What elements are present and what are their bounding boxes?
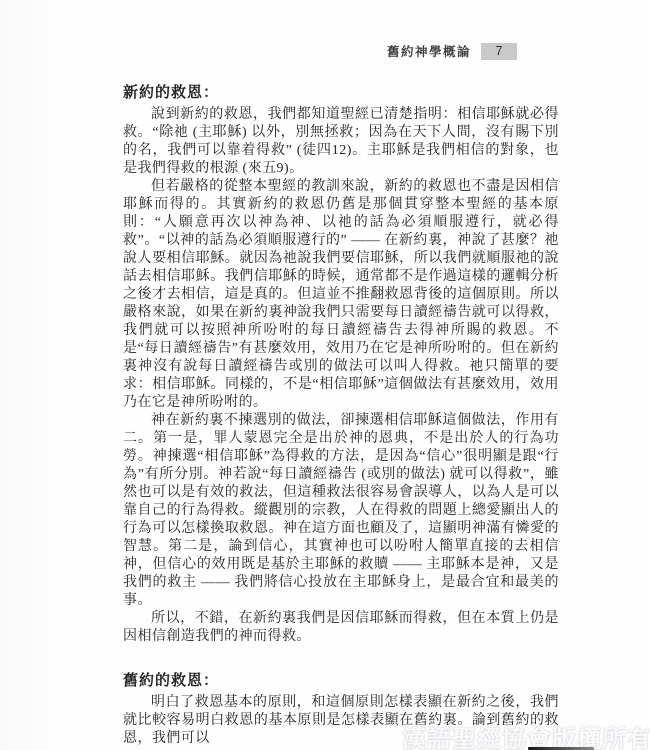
paragraph-nt-4: 所以，不錯，在新約裏我們是因信耶穌而得救，但在本質上仍是因相信創造我們的神而得救… — [123, 610, 559, 646]
page-number: 7 — [496, 44, 503, 58]
section-heading-new-testament-salvation: 新約的救恩： — [123, 84, 559, 102]
book-page: 舊約神學概論 7 新約的救恩： 說到新約的救恩，我們都知道聖經已清楚指明：相信耶… — [0, 0, 650, 750]
running-header: 舊約神學概論 7 — [0, 42, 517, 60]
paragraph-nt-3: 神在新約裏不揀選別的做法，卻揀選相信耶穌這個做法，作用有二。第一是，罪人蒙恩完全… — [123, 412, 559, 610]
paragraph-nt-1: 說到新約的救恩，我們都知道聖經已清楚指明：相信耶穌就必得救。“除祂 (主耶穌) … — [123, 106, 559, 178]
publisher-watermark: 漢語聖經協會版權所有 — [402, 719, 650, 750]
page-number-badge: 7 — [481, 43, 517, 60]
running-header-title: 舊約神學概論 — [387, 42, 471, 60]
page-content: 新約的救恩： 說到新約的救恩，我們都知道聖經已清楚指明：相信耶穌就必得救。“除祂… — [123, 84, 559, 748]
paragraph-nt-2: 但若嚴格的從整本聖經的教訓來說，新約的救恩也不盡是因相信耶穌而得的。其實新約的救… — [123, 178, 559, 412]
section-heading-old-testament-salvation: 舊約的救恩： — [123, 672, 559, 690]
